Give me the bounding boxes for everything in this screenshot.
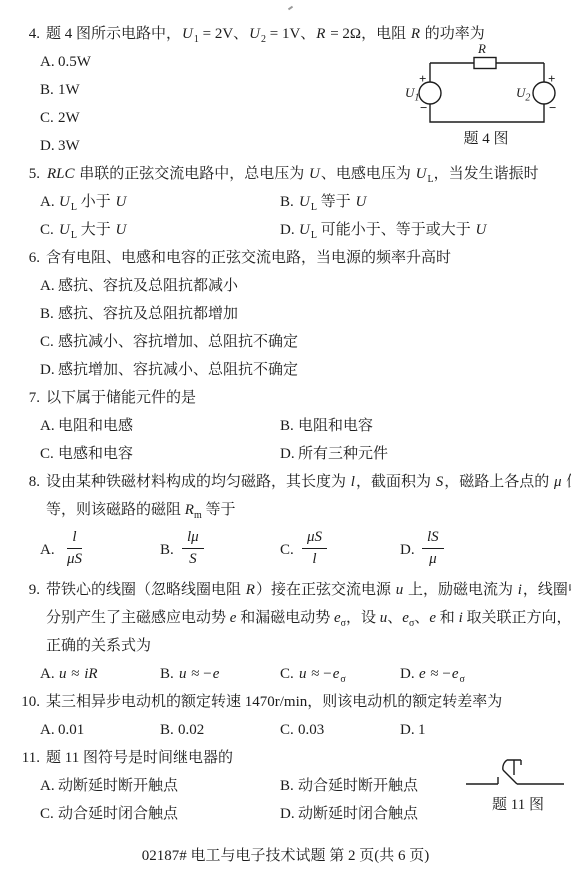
question-5-stem-row: 5.RLC 串联的正弦交流电路中，总电压为 U、电感电压为 UL，当发生谐振时 [0, 160, 571, 188]
question-11-stem: 题 11 图符号是时间继电器的 [46, 750, 233, 766]
question-6-option-d: D.感抗增加、容抗减小、总阻抗不确定 [0, 356, 571, 384]
question-11-relay-figure: 题 11 图 [462, 748, 568, 818]
question-11-option-b: B.动合延时断开触点 [280, 772, 418, 800]
option-letter: B. [40, 76, 58, 104]
question-8-stem-line-2: 等，则该磁路的磁阻 Rm 等于 [46, 502, 235, 518]
option-text: 3W [58, 138, 80, 154]
question-9-options: A.u ≈ iRB.u ≈ −eC.u ≈ −eσD.e ≈ −eσ [0, 660, 571, 688]
figure-11-caption: 题 11 图 [468, 796, 568, 814]
question-9-option-c: C.u ≈ −eσ [280, 660, 400, 688]
question-10-number: 10. [8, 688, 40, 716]
option-letter: C. [40, 104, 58, 132]
fraction: lμS [182, 528, 204, 569]
question-7-option-b: B.电阻和电容 [280, 412, 373, 440]
question-9-option-a: A.u ≈ iR [40, 660, 160, 688]
question-9-option-d: D.e ≈ −eσ [400, 660, 465, 688]
question-8-number: 8. [8, 468, 40, 496]
question-6-number: 6. [8, 244, 40, 272]
question-10-stem: 某三相异步电动机的额定转速 1470r/min，则该电动机的额定转差率为 [46, 694, 502, 710]
question-9-number: 9. [8, 576, 40, 604]
question-4-circuit-figure: R U1 + − U2 + − 题 4 图 [402, 36, 571, 148]
question-7-option-a: A.电阻和电感 [40, 412, 280, 440]
question-10-option-b: B.0.02 [160, 716, 280, 744]
question-8-option-b: B.lμS [160, 524, 280, 576]
question-6-option-c: C.感抗减小、容抗增加、总阻抗不确定 [0, 328, 571, 356]
question-5-option-c: C.UL 大于 U [40, 216, 280, 244]
option-text: 0.5W [58, 54, 91, 70]
question-11-option-a: A.动断延时断开触点 [40, 772, 280, 800]
question-7-number: 7. [8, 384, 40, 412]
fraction: lμS [62, 528, 87, 569]
resistor-label: R [478, 42, 486, 56]
question-5-stem: RLC 串联的正弦交流电路中，总电压为 U、电感电压为 UL，当发生谐振时 [46, 166, 539, 182]
source-left-label: U1 [405, 86, 419, 100]
question-5-option-a: A.UL 小于 U [40, 188, 280, 216]
question-7-option-c: C.电感和电容 [40, 440, 280, 468]
question-11-number: 11. [8, 744, 40, 772]
question-9-stem-row-1: 9.带铁心的线圈（忽略线圈电阻 R）接在正弦交流电源 u 上，励磁电流为 i，线… [0, 576, 571, 604]
question-10-option-a: A.0.01 [40, 716, 160, 744]
circuit-diagram [402, 36, 571, 128]
question-6-option-a: A.感抗、容抗及总阻抗都减小 [0, 272, 571, 300]
question-6-option-b: B.感抗、容抗及总阻抗都增加 [0, 300, 571, 328]
plus-sign-left: + [419, 73, 426, 85]
question-10-option-c: C.0.03 [280, 716, 400, 744]
question-7-stem: 以下属于储能元件的是 [46, 390, 196, 406]
contact-left-lead [466, 777, 498, 784]
option-text: 1W [58, 82, 80, 98]
question-7-stem-row: 7.以下属于储能元件的是 [0, 384, 571, 412]
page-footer: 02187# 电工与电子技术试题 第 2 页(共 6 页) [0, 842, 571, 870]
minus-sign-right: − [549, 102, 556, 114]
question-9-option-b: B.u ≈ −e [160, 660, 280, 688]
option-text: 2W [58, 110, 80, 126]
question-8-options: A.lμSB.lμSC.μSlD.lSμ [0, 524, 571, 576]
question-5-number: 5. [8, 160, 40, 188]
question-11-option-c: C.动合延时闭合触点 [40, 800, 280, 828]
minus-sign-left: − [420, 102, 427, 114]
question-8-stem-row-1: 8.设由某种铁磁材料构成的均匀磁路，其长度为 l，截面积为 S，磁路上各点的 μ… [0, 468, 571, 496]
question-5-options-cd: C.UL 大于 UD.UL 可能小于、等于或大于 U [0, 216, 571, 244]
question-8-option-c: C.μSl [280, 524, 400, 576]
source-right-label: U2 [516, 86, 530, 100]
fraction: μSl [302, 528, 327, 569]
question-9-stem-line-2: 分别产生了主磁感应电动势 e 和漏磁电动势 eσ，设 u、eσ、e 和 i 取关… [46, 610, 571, 626]
figure-4-caption: 题 4 图 [436, 130, 536, 148]
question-5-options-ab: A.UL 小于 UB.UL 等于 U [0, 188, 571, 216]
question-8-stem-row-2: 等，则该磁路的磁阻 Rm 等于 [0, 496, 571, 524]
question-11-option-d: D.动断延时闭合触点 [280, 800, 418, 828]
question-8-option-a: A.lμS [40, 524, 160, 576]
question-9-stem-row-2: 分别产生了主磁感应电动势 e 和漏磁电动势 eσ，设 u、eσ、e 和 i 取关… [0, 604, 571, 632]
option-letter: A. [40, 48, 58, 76]
question-9-stem-row-3: 正确的关系式为 [0, 632, 571, 660]
question-9-stem-line-3: 正确的关系式为 [46, 638, 151, 654]
question-10-option-d: D.1 [400, 716, 426, 744]
question-7-options-ab: A.电阻和电感B.电阻和电容 [0, 412, 571, 440]
relay-contact-symbol [462, 748, 568, 792]
resistor-symbol [474, 58, 496, 69]
scan-artifact [288, 6, 293, 11]
fraction: lSμ [422, 528, 444, 569]
question-4-number: 4. [8, 20, 40, 48]
contact-blade [503, 770, 517, 784]
question-10-options: A.0.01B.0.02C.0.03D.1 [0, 716, 571, 744]
question-5-option-d: D.UL 可能小于、等于或大于 U [280, 216, 487, 244]
question-8-option-d: D.lSμ [400, 524, 444, 576]
question-6-stem-row: 6.含有电阻、电感和电容的正弦交流电路，当电源的频率升高时 [0, 244, 571, 272]
question-10-stem-row: 10.某三相异步电动机的额定转速 1470r/min，则该电动机的额定转差率为 [0, 688, 571, 716]
question-6-stem: 含有电阻、电感和电容的正弦交流电路，当电源的频率升高时 [46, 250, 451, 266]
question-5-option-b: B.UL 等于 U [280, 188, 367, 216]
plus-sign-right: + [548, 73, 555, 85]
exam-page: 4.题 4 图所示电路中，U1 = 2V、U2 = 1V、R = 2Ω，电阻 R… [0, 0, 571, 875]
question-7-option-d: D.所有三种元件 [280, 440, 388, 468]
question-7-options-cd: C.电感和电容D.所有三种元件 [0, 440, 571, 468]
question-9-stem-line-1: 带铁心的线圈（忽略线圈电阻 R）接在正弦交流电源 u 上，励磁电流为 i，线圈中 [46, 582, 571, 598]
question-8-stem-line-1: 设由某种铁磁材料构成的均匀磁路，其长度为 l，截面积为 S，磁路上各点的 μ 值… [46, 474, 571, 490]
option-letter: D. [40, 132, 58, 160]
